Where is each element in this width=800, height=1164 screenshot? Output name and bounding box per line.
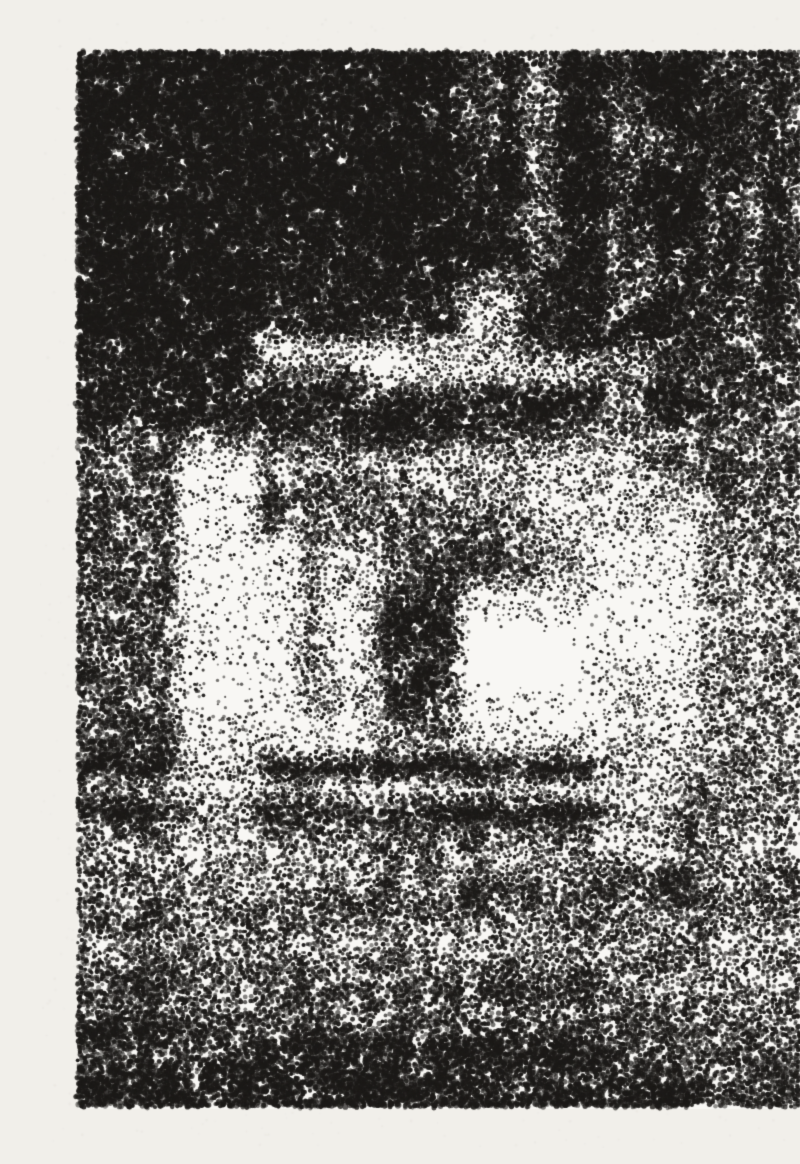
stipple-photo-canvas [40, 16, 800, 1148]
photo-print: Grainy high-contrast black-and-white sti… [40, 16, 800, 1148]
